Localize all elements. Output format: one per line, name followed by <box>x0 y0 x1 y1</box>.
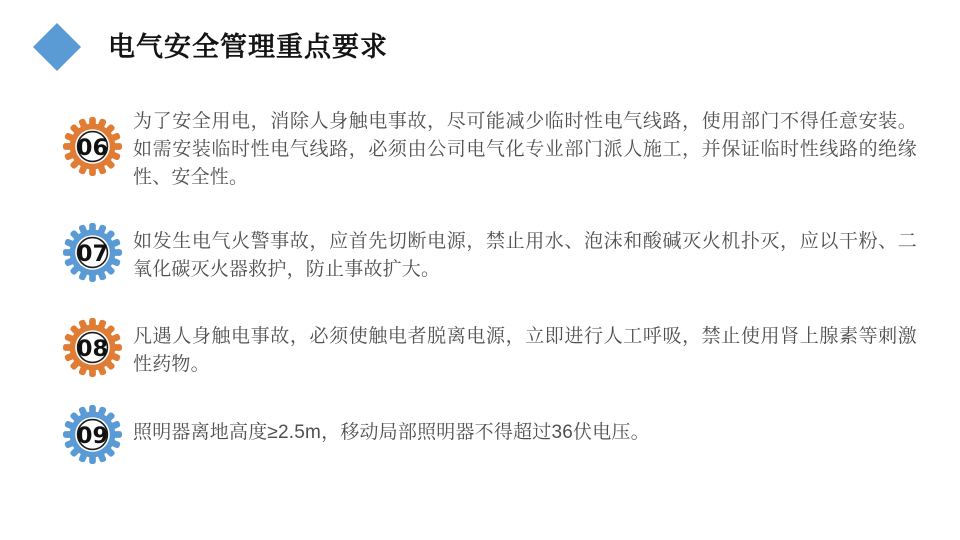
item-text: 照明器离地高度≥2.5m，移动局部照明器不得超过36伏电压。 <box>133 419 917 447</box>
item-number: 09 <box>77 423 108 449</box>
diamond-bullet-icon <box>33 23 81 71</box>
gear-icon: 09 <box>63 405 122 464</box>
gear-icon: 06 <box>63 117 122 176</box>
item-number: 07 <box>77 241 108 267</box>
slide: 电气安全管理重点要求 06 为了安全用电，消除人身触电事故，尽可能减少临时性电气… <box>0 0 960 540</box>
item-text: 凡遇人身触电事故，必须使触电者脱离电源，立即进行人工呼吸，禁止使用肾上腺素等刺激… <box>133 323 917 379</box>
gear-icon: 07 <box>63 223 122 282</box>
item-text: 为了安全用电，消除人身触电事故，尽可能减少临时性电气线路，使用部门不得任意安装。… <box>133 108 917 192</box>
item-number: 08 <box>77 336 108 362</box>
item-text: 如发生电气火警事故，应首先切断电源，禁止用水、泡沫和酸碱灭火机扑灭，应以干粉、二… <box>133 228 917 284</box>
page-title: 电气安全管理重点要求 <box>108 29 388 65</box>
gear-icon: 08 <box>63 318 122 377</box>
item-number: 06 <box>77 135 108 161</box>
